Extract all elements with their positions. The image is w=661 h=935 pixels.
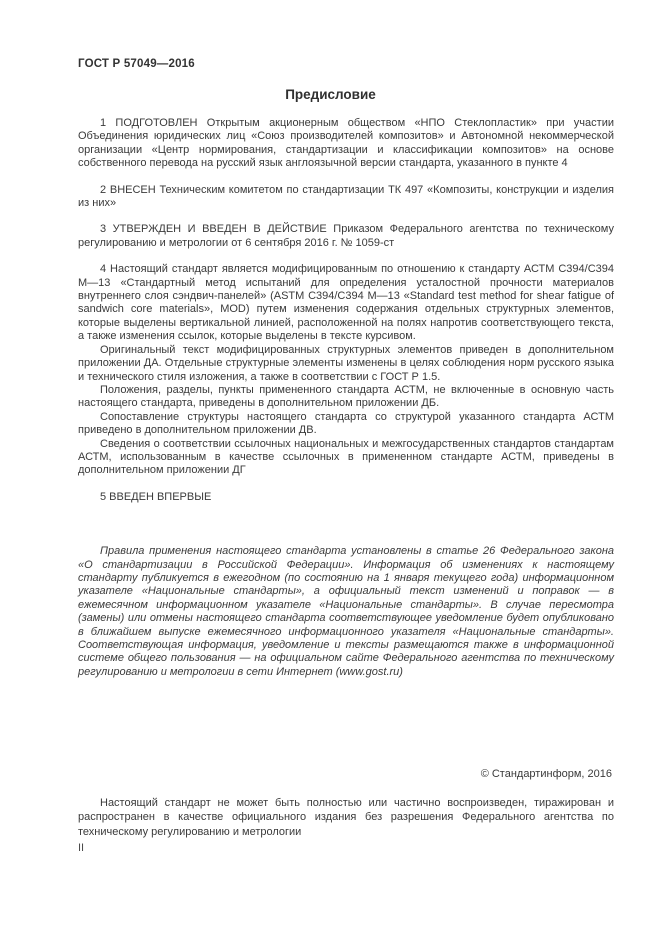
page-number: II <box>78 842 84 854</box>
copyright-notice: © Стандартинформ, 2016 <box>481 768 612 780</box>
foreword-item-4: 4 Настоящий стандарт является модифициро… <box>78 263 614 343</box>
document-page: ГОСТ Р 57049—2016 Предисловие 1 ПОДГОТОВ… <box>0 0 661 935</box>
foreword-item-4-subparagraph-3: Сопоставление структуры настоящего станд… <box>78 411 614 438</box>
legal-application-note: Правила применения настоящего стандарта … <box>78 545 614 679</box>
standard-designation: ГОСТ Р 57049—2016 <box>78 58 195 70</box>
foreword-item-4-subparagraph-2: Положения, разделы, пункты примененного … <box>78 384 614 411</box>
foreword-item-5: 5 ВВЕДЕН ВПЕРВЫЕ <box>78 491 614 504</box>
foreword-body: 1 ПОДГОТОВЛЕН Открытым акционерным общес… <box>78 117 614 679</box>
foreword-item-4-subparagraph-4: Сведения о соответствии ссылочных национ… <box>78 438 614 478</box>
foreword-item-2: 2 ВНЕСЕН Техническим комитетом по станда… <box>78 184 614 211</box>
page-title: Предисловие <box>0 87 661 102</box>
foreword-item-3: 3 УТВЕРЖДЕН И ВВЕДЕН В ДЕЙСТВИЕ Приказом… <box>78 223 614 250</box>
foreword-item-1: 1 ПОДГОТОВЛЕН Открытым акционерным общес… <box>78 117 614 171</box>
reproduction-restriction-note: Настоящий стандарт не может быть полност… <box>78 796 614 839</box>
foreword-item-4-subparagraph-1: Оригинальный текст модифицированных стру… <box>78 344 614 384</box>
